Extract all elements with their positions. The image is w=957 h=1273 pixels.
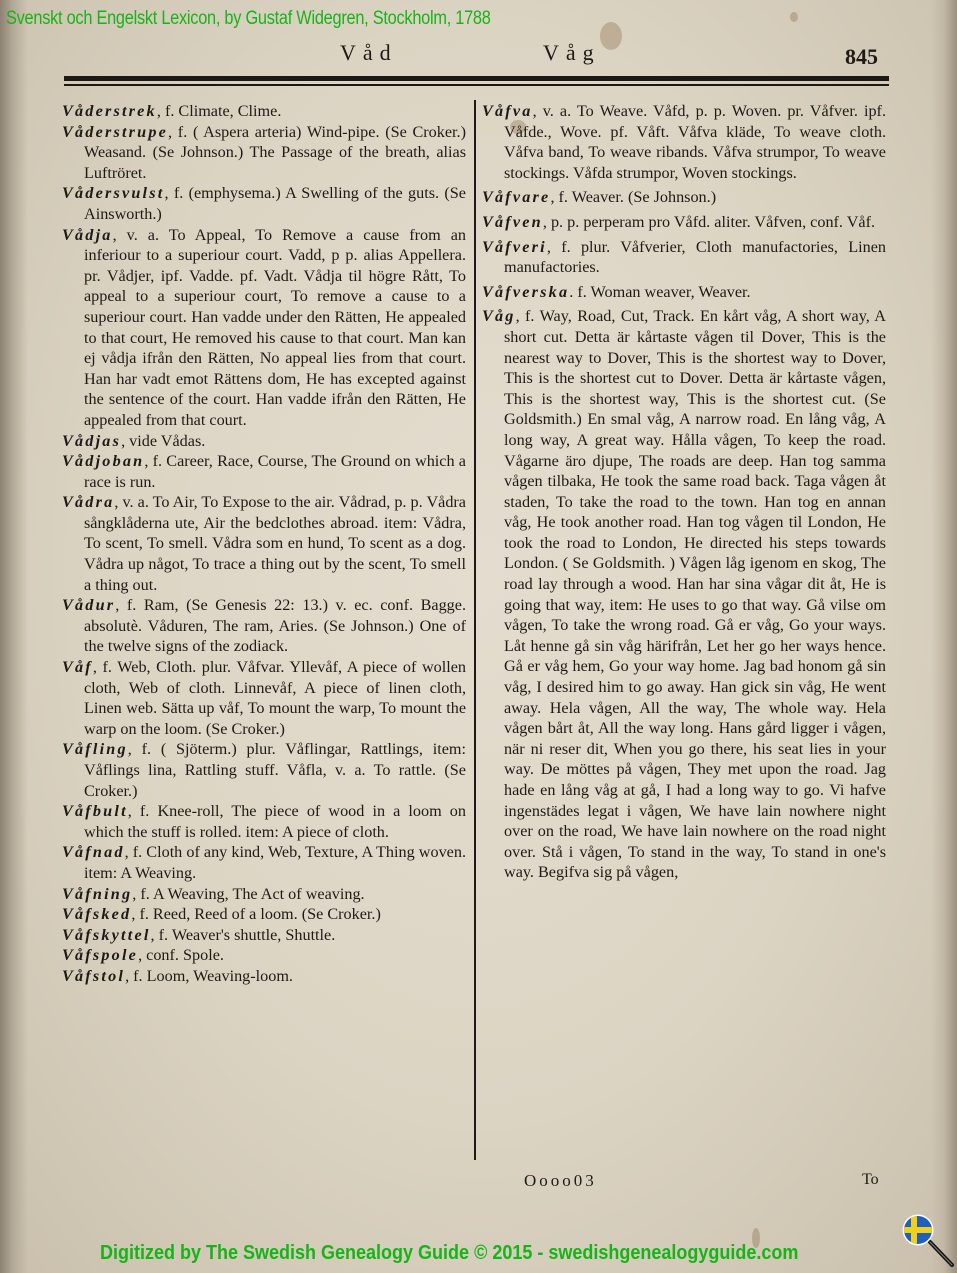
headword: Vådersvulst: [62, 184, 164, 202]
dictionary-entry: Våfbult, f. Knee-roll, The piece of wood…: [62, 801, 466, 842]
headword: Våfstol: [62, 967, 125, 985]
entry-body: , f. Weaver's shuttle, Shuttle.: [151, 926, 336, 944]
entry-body: , f. Cloth of any kind, Web, Texture, A …: [84, 843, 466, 882]
headword: Våfven: [482, 213, 543, 231]
entry-body: , p. p. perperam pro Våfd. aliter. Våfve…: [543, 213, 875, 231]
headword: Våfbult: [62, 802, 128, 820]
entry-body: , f. Ram, (Se Genesis 22: 13.) v. ec. co…: [84, 596, 466, 655]
headword: Våfning: [62, 885, 132, 903]
headword: Våfsked: [62, 905, 131, 923]
right-column: Våfva, v. a. To Weave. Våfd, p. p. Woven…: [482, 101, 886, 883]
headword: Våfskyttel: [62, 926, 151, 944]
entry-body: , f. ( Sjöterm.) plur. Våflingar, Rattli…: [84, 740, 466, 799]
dictionary-entry: Våfskyttel, f. Weaver's shuttle, Shuttle…: [62, 925, 466, 946]
dictionary-entry: Våfveri, f. plur. Våfverier, Cloth manuf…: [482, 237, 886, 278]
dictionary-entry: Våfvare, f. Weaver. (Se Johnson.): [482, 187, 886, 208]
headword: Våfva: [482, 102, 533, 120]
page-edge-shadow-left: [0, 0, 28, 1273]
column-divider: [474, 100, 476, 1160]
entry-body: , f. Way, Road, Cut, Track. En kårt våg,…: [504, 307, 886, 881]
catchword: To: [862, 1171, 879, 1189]
headword: Våfveri: [482, 238, 547, 256]
dictionary-entry: Våfven, p. p. perperam pro Våfd. aliter.…: [482, 212, 886, 233]
swedish-flag-magnifier-icon: [900, 1212, 956, 1268]
dictionary-entry: Våfva, v. a. To Weave. Våfd, p. p. Woven…: [482, 101, 886, 183]
left-column: Våderstrek, f. Climate, Clime. Våderstru…: [62, 101, 466, 987]
headword: Våfvare: [482, 188, 550, 206]
entry-body: , vide Vådas.: [121, 432, 205, 450]
entry-body: , f. Knee-roll, The piece of wood in a l…: [84, 802, 466, 841]
headword: Vådjoban: [62, 452, 144, 470]
headword: Vådja: [62, 226, 113, 244]
entry-body: , f. A Weaving, The Act of weaving.: [132, 885, 364, 903]
dictionary-entry: Våfstol, f. Loom, Weaving-loom.: [62, 966, 466, 987]
dictionary-entry: Våfning, f. A Weaving, The Act of weavin…: [62, 884, 466, 905]
dictionary-entry: Våfverska. f. Woman weaver, Weaver.: [482, 282, 886, 303]
dictionary-entry: Vådjas, vide Vådas.: [62, 431, 466, 452]
printer-signature-mark: Oooo03: [524, 1171, 597, 1191]
dictionary-entry: Vådjoban, f. Career, Race, Course, The G…: [62, 451, 466, 492]
dictionary-entry: Vådra, v. a. To Air, To Expose to the ai…: [62, 492, 466, 595]
paper-stain: [790, 12, 798, 22]
dictionary-entry: Vådersvulst, f. (emphysema.) A Swelling …: [62, 183, 466, 224]
headword: Vådjas: [62, 432, 121, 450]
header-rule-thick: [64, 76, 889, 81]
dictionary-entry: Våfsked, f. Reed, Reed of a loom. (Se Cr…: [62, 904, 466, 925]
headword: Våfnad: [62, 843, 125, 861]
entry-body: , conf. Spole.: [138, 946, 224, 964]
header-rule-thin: [64, 84, 889, 86]
watermark-title: Svenskt och Engelskt Lexicon, by Gustaf …: [6, 8, 491, 30]
entry-body: , v. a. To Air, To Expose to the air. Vå…: [84, 493, 466, 593]
page-edge-shadow-right: [931, 0, 957, 1273]
headword: Våfverska: [482, 283, 569, 301]
entry-body: , f. Weaver. (Se Johnson.): [550, 188, 716, 206]
running-head-right: Våg: [543, 40, 601, 66]
dictionary-entry: Våfling, f. ( Sjöterm.) plur. Våflingar,…: [62, 739, 466, 801]
dictionary-entry: Våderstrek, f. Climate, Clime.: [62, 101, 466, 122]
headword: Våg: [482, 307, 516, 325]
dictionary-entry: Våg, f. Way, Road, Cut, Track. En kårt v…: [482, 306, 886, 883]
entry-body: , v. a. To Weave. Våfd, p. p. Woven. pr.…: [504, 102, 886, 182]
scanned-page: Svenskt och Engelskt Lexicon, by Gustaf …: [0, 0, 957, 1273]
headword: Våderstrek: [62, 102, 157, 120]
headword: Våf: [62, 658, 93, 676]
paper-stain: [600, 22, 622, 50]
headword: Vådur: [62, 596, 115, 614]
headword: Våfling: [62, 740, 128, 758]
headword: Vådra: [62, 493, 114, 511]
entry-body: , f. plur. Våfverier, Cloth manufactorie…: [504, 238, 886, 277]
running-head-left: Våd: [340, 40, 398, 66]
headword: Våfspole: [62, 946, 138, 964]
dictionary-entry: Vådja, v. a. To Appeal, To Remove a caus…: [62, 225, 466, 431]
watermark-credit: Digitized by The Swedish Genealogy Guide…: [100, 1242, 798, 1265]
entry-body: , v. a. To Appeal, To Remove a cause fro…: [84, 226, 466, 429]
page-number: 845: [845, 44, 878, 70]
entry-body: . f. Woman weaver, Weaver.: [569, 283, 750, 301]
dictionary-entry: Våfspole, conf. Spole.: [62, 945, 466, 966]
dictionary-entry: Våderstrupe, f. ( Aspera arteria) Wind-p…: [62, 122, 466, 184]
dictionary-entry: Våfnad, f. Cloth of any kind, Web, Textu…: [62, 842, 466, 883]
entry-body: , f. Loom, Weaving-loom.: [125, 967, 293, 985]
dictionary-entry: Våf, f. Web, Cloth. plur. Våfvar. Yllevå…: [62, 657, 466, 739]
dictionary-entry: Vådur, f. Ram, (Se Genesis 22: 13.) v. e…: [62, 595, 466, 657]
entry-body: , f. Web, Cloth. plur. Våfvar. Yllevåf, …: [84, 658, 466, 738]
entry-body: , f. Reed, Reed of a loom. (Se Croker.): [131, 905, 381, 923]
entry-body: , f. Climate, Clime.: [157, 102, 282, 120]
headword: Våderstrupe: [62, 123, 168, 141]
